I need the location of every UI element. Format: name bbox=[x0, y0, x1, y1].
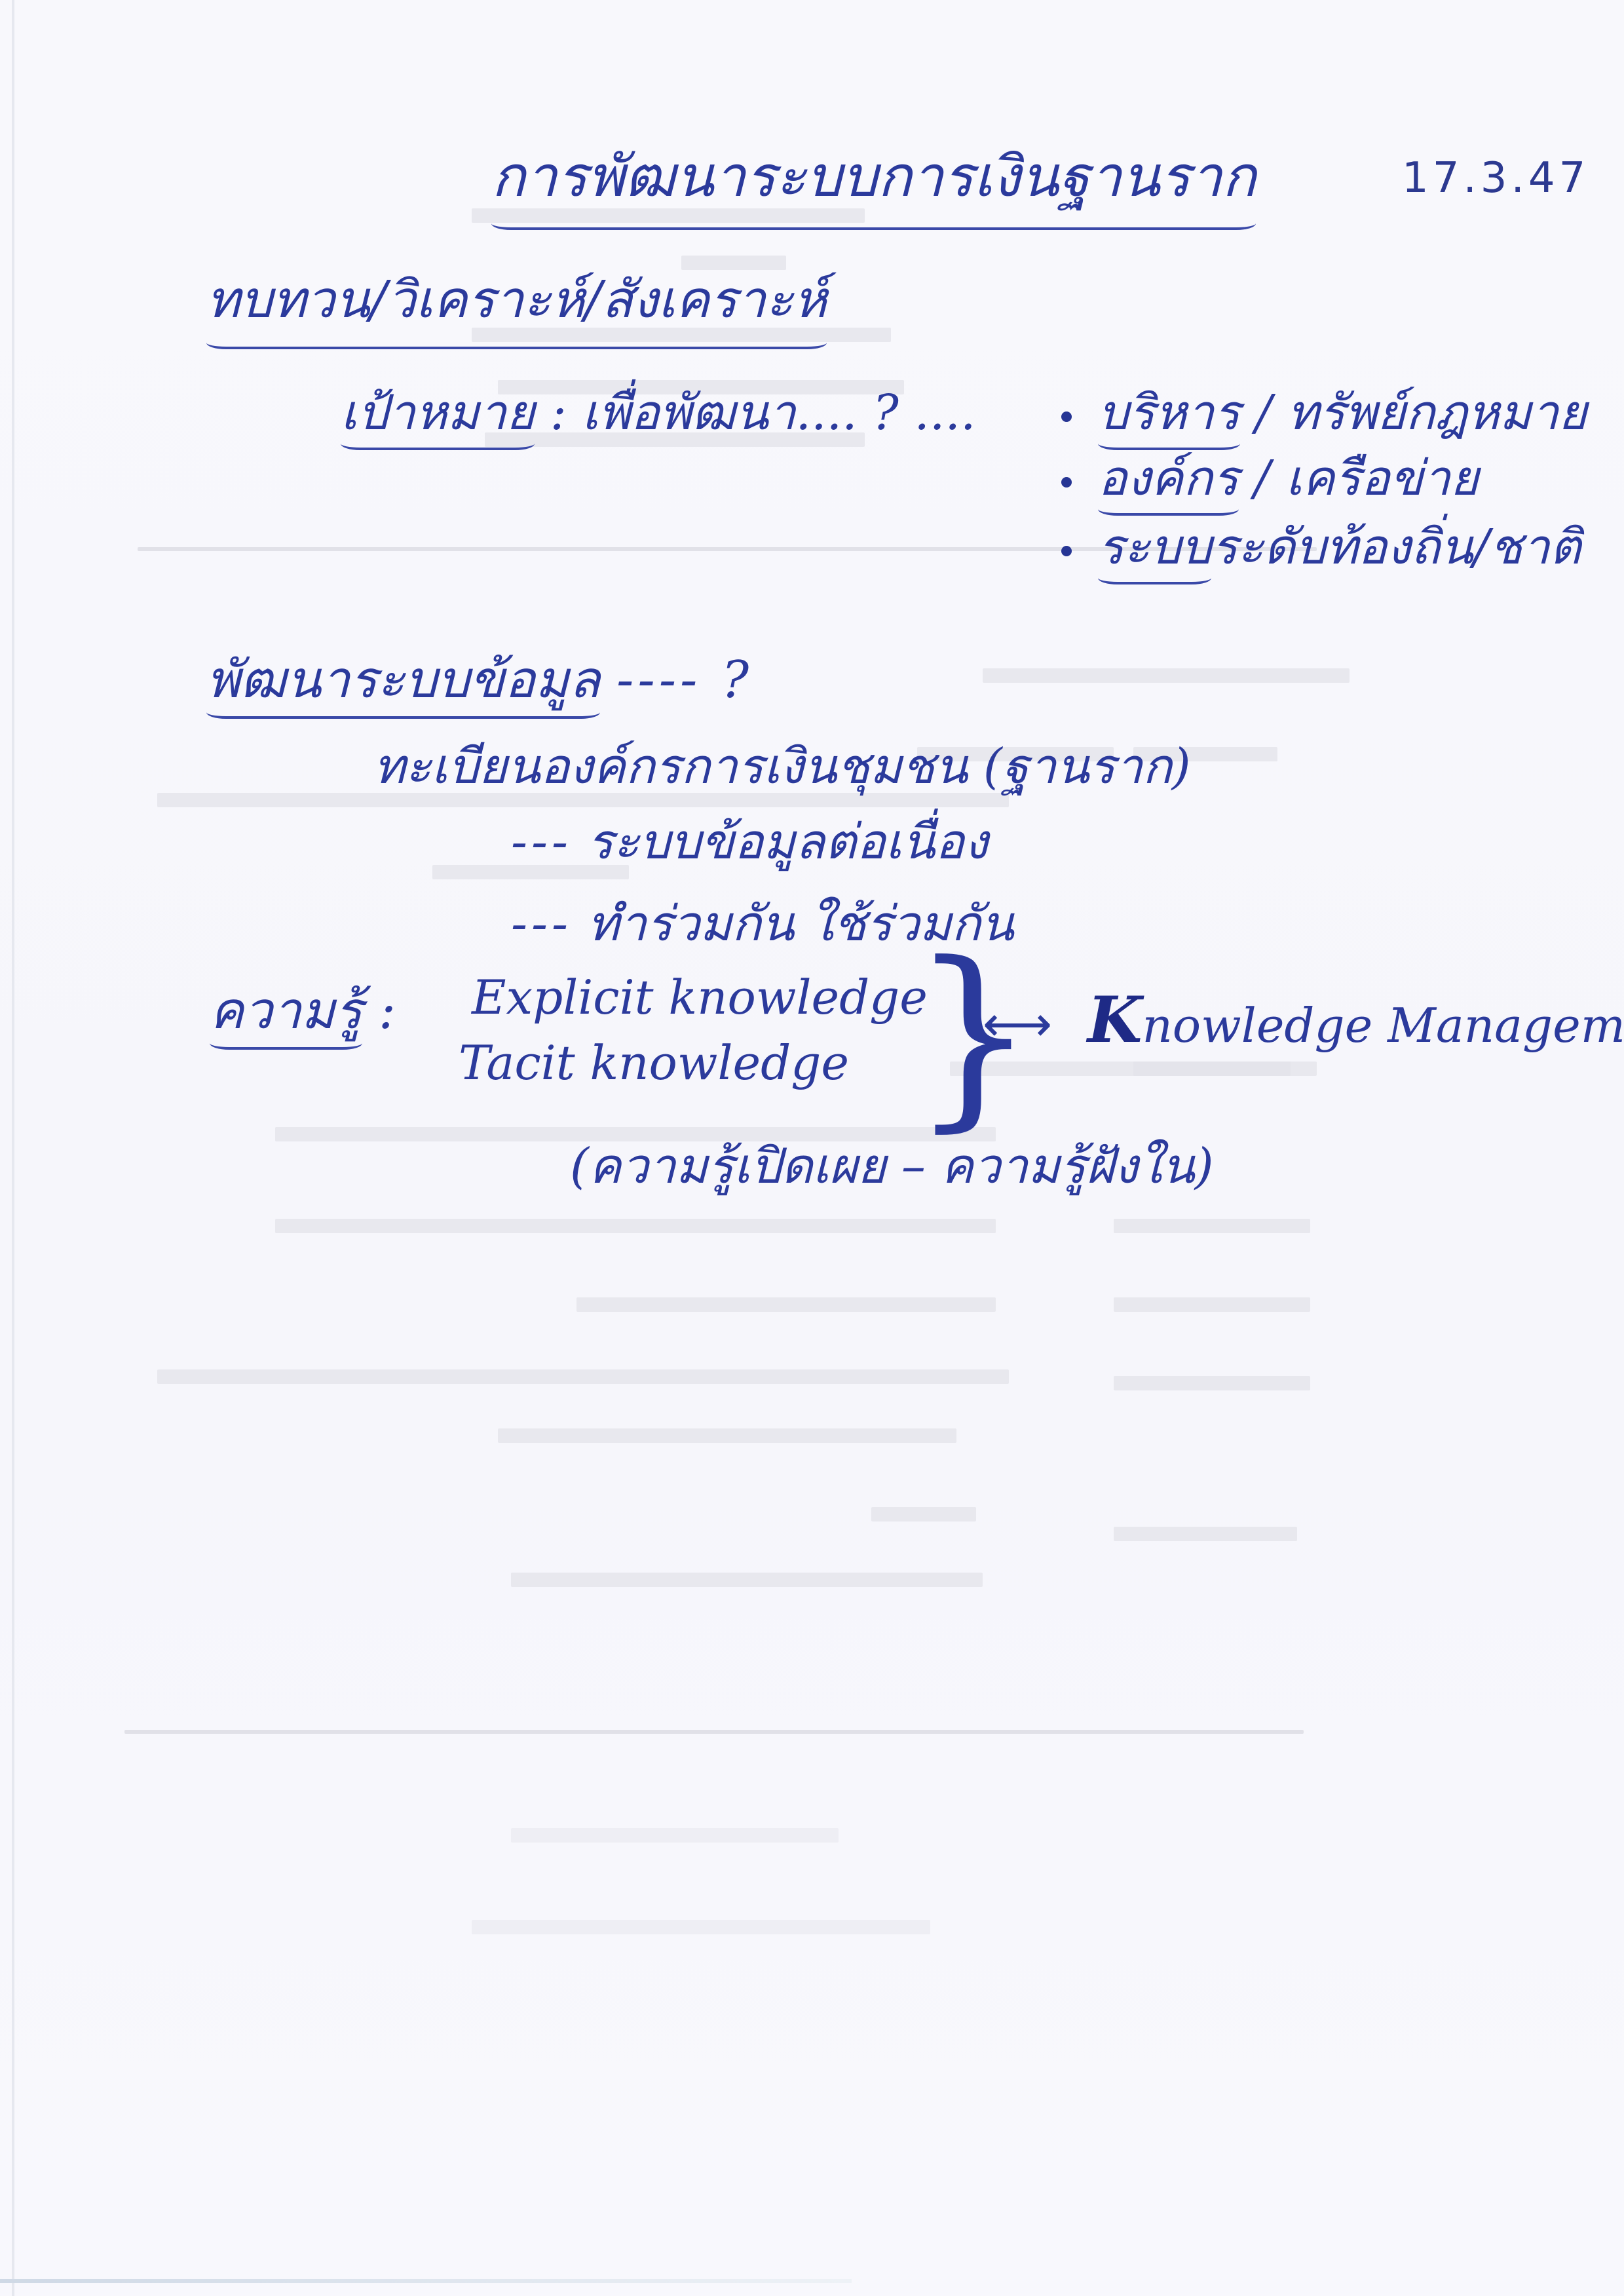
knowledge-translation: (ความรู้เปิดเผย – ความรู้ฝังใน) bbox=[570, 1127, 1214, 1204]
bullet-icon bbox=[1061, 411, 1072, 422]
knowledge-label: ความรู้ : bbox=[210, 970, 396, 1051]
knowledge-type-explicit: Explicit knowledge bbox=[472, 970, 928, 1025]
bullet-icon bbox=[1061, 477, 1072, 488]
target-item: ระบบระดับท้องถิ่น/ชาติ bbox=[1061, 508, 1581, 585]
date: 17.3.47 bbox=[1402, 154, 1589, 202]
target-label: เป้าหมาย bbox=[341, 385, 535, 450]
scanned-page: การพัฒนาระบบการเงินฐานราก 17.3.47 ทบทวน/… bbox=[0, 0, 1624, 2296]
target-item: องค์กร / เครือข่าย bbox=[1061, 439, 1479, 516]
data-system-line: ทะเบียนองค์กรการเงินชุมชน (ฐานราก) bbox=[373, 727, 1191, 805]
data-system-heading: พัฒนาระบบข้อมูล ---- ? bbox=[206, 639, 753, 720]
knowledge-type-tacit: Tacit knowledge bbox=[459, 1035, 849, 1090]
knowledge-management: Knowledge Management bbox=[1087, 983, 1624, 1057]
target-text: : เพื่อพัฒนา.... ? .... bbox=[550, 385, 976, 441]
data-system-line: --- ระบบข้อมูลต่อเนื่อง bbox=[511, 803, 988, 880]
page-edge-bottom bbox=[0, 2279, 852, 2283]
page-title: การพัฒนาระบบการเงินฐานราก bbox=[491, 131, 1256, 230]
target-line: เป้าหมาย : เพื่อพัฒนา.... ? .... bbox=[341, 373, 975, 451]
bullet-icon bbox=[1061, 546, 1072, 556]
topics-heading: ทบทวน/วิเคราะห์/สังเคราะห์ bbox=[206, 259, 827, 349]
double-arrow-icon: ⟷ bbox=[983, 996, 1052, 1052]
page-edge-left bbox=[12, 0, 14, 2296]
